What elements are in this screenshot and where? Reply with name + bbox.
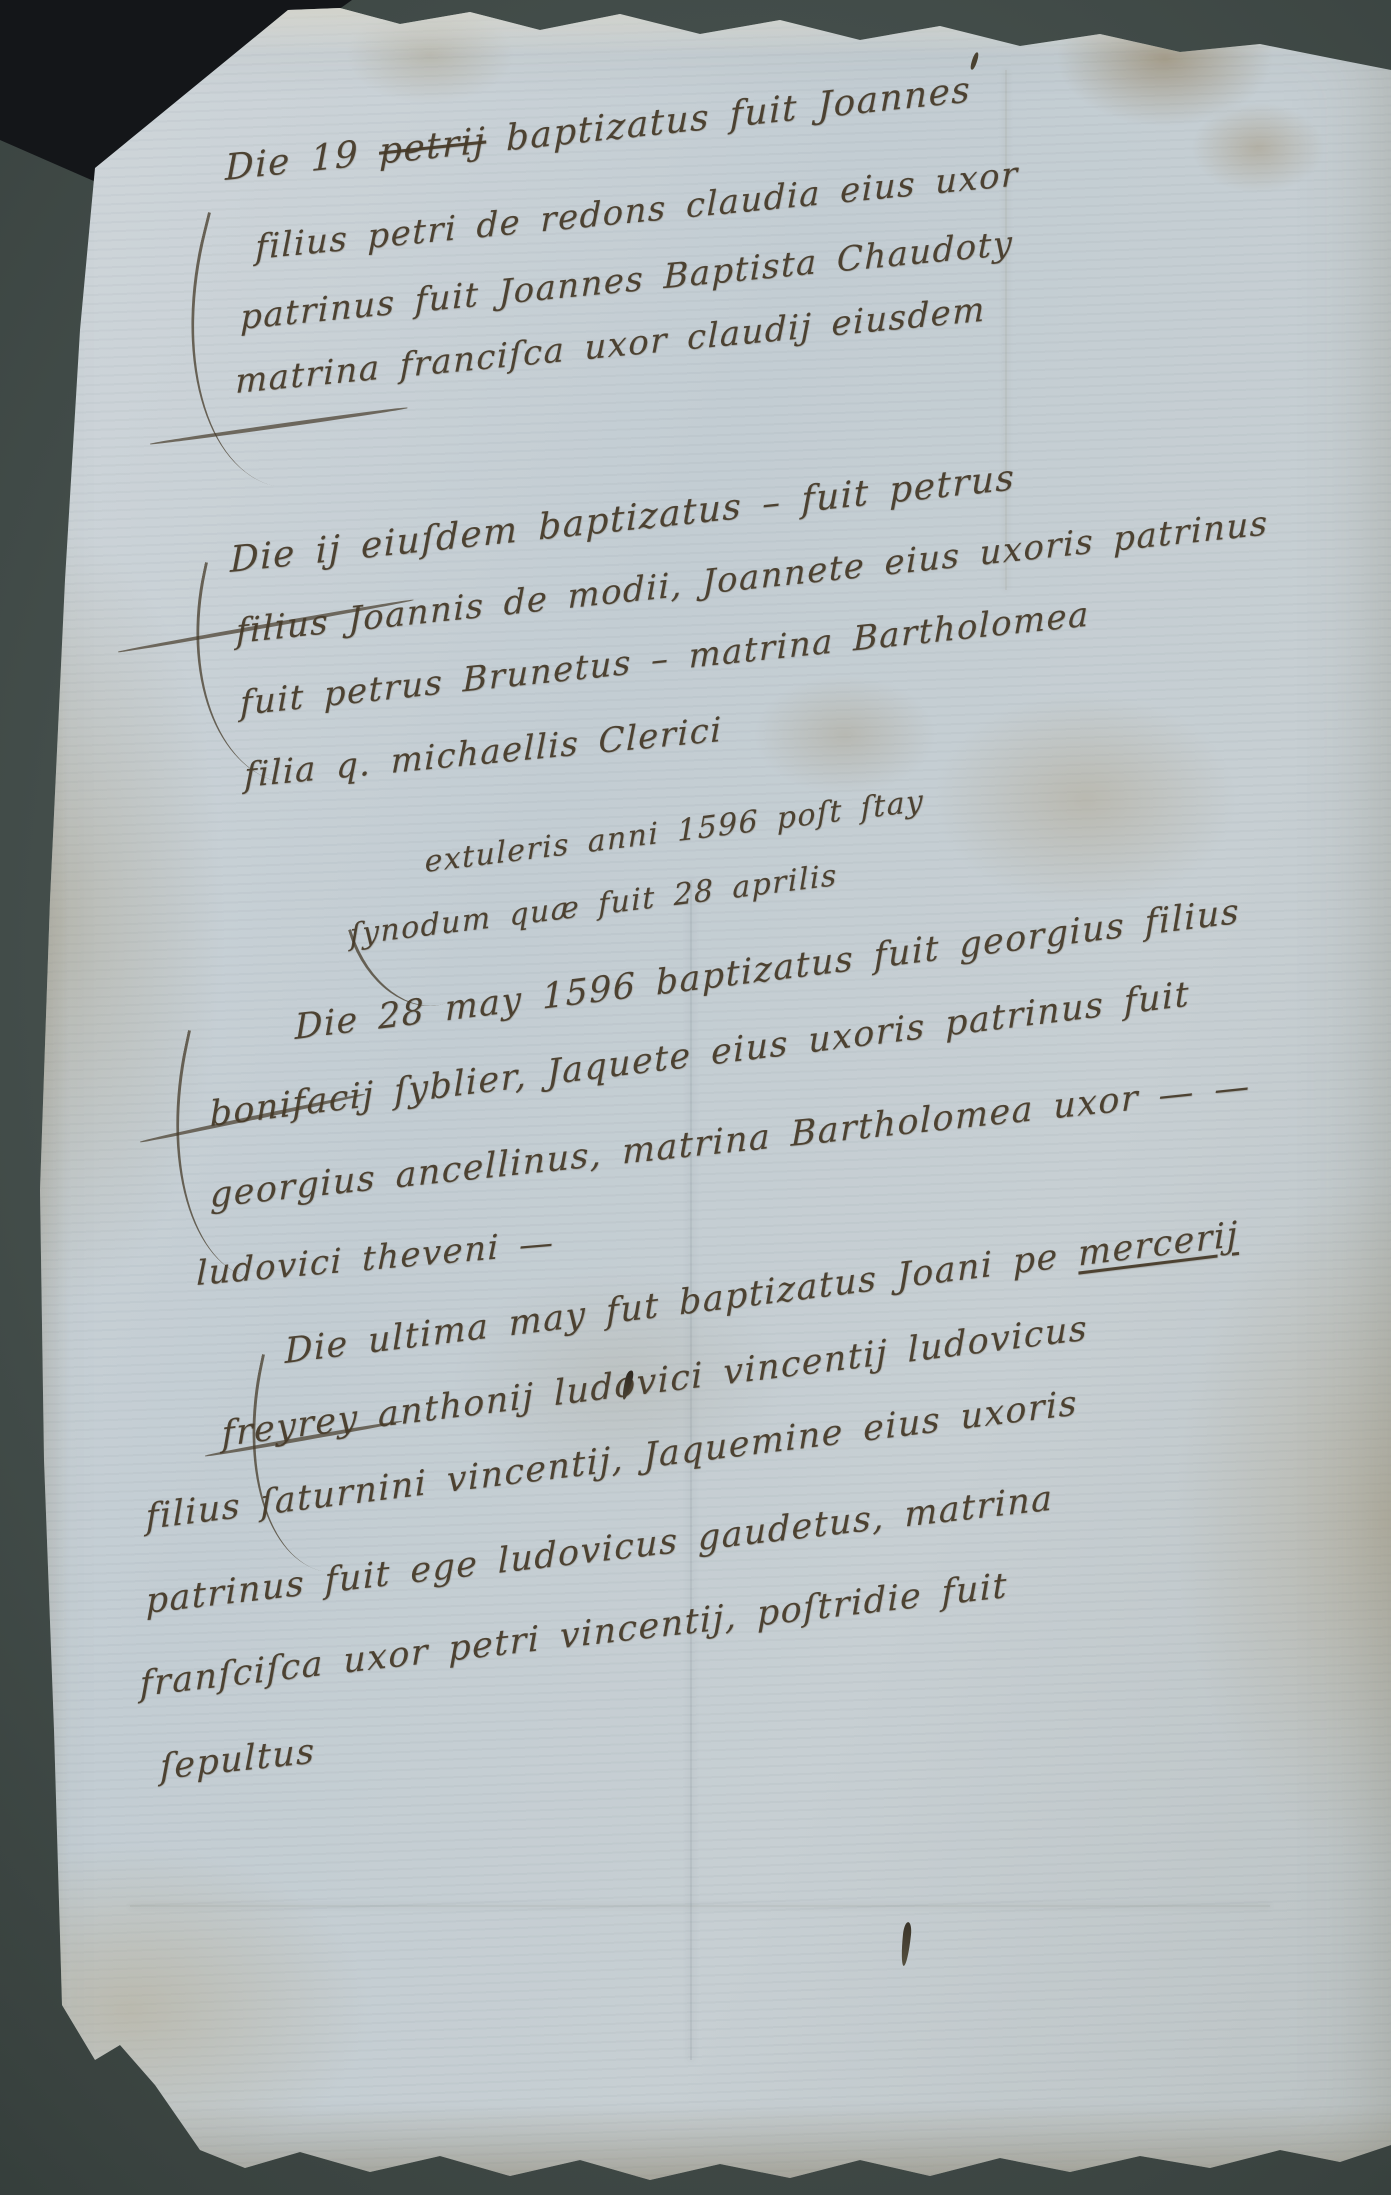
struck-word: petrij: [379, 120, 486, 172]
paper-crease: [1005, 70, 1007, 590]
scanned-manuscript-photo: { "doc": { "kind": "baptismal-register-m…: [0, 0, 1391, 2195]
pen-flourish: [140, 1030, 303, 1280]
manuscript-line: ſynodum quæ fuit 28 aprilis: [349, 858, 838, 953]
pen-flourish: [220, 1354, 367, 1572]
manuscript-line: ſepultus: [160, 1731, 316, 1788]
ink-drip-mark: [900, 1922, 913, 1967]
paper-crease: [130, 1905, 1270, 1907]
manuscript-line: filia q. michaellis Clerici: [244, 710, 723, 796]
manuscript-line: extuleris anni 1596 poſt ſtay: [424, 783, 924, 880]
apostrophe-ink-mark: [969, 52, 979, 71]
line-text: baptizatus fuit Joannes: [486, 69, 971, 161]
manuscript-content: Die 19 petrij baptizatus fuit Joannes fi…: [0, 0, 1391, 2195]
line-text: Die 19: [225, 132, 379, 189]
underlined-word: mercerij: [1078, 1215, 1239, 1275]
